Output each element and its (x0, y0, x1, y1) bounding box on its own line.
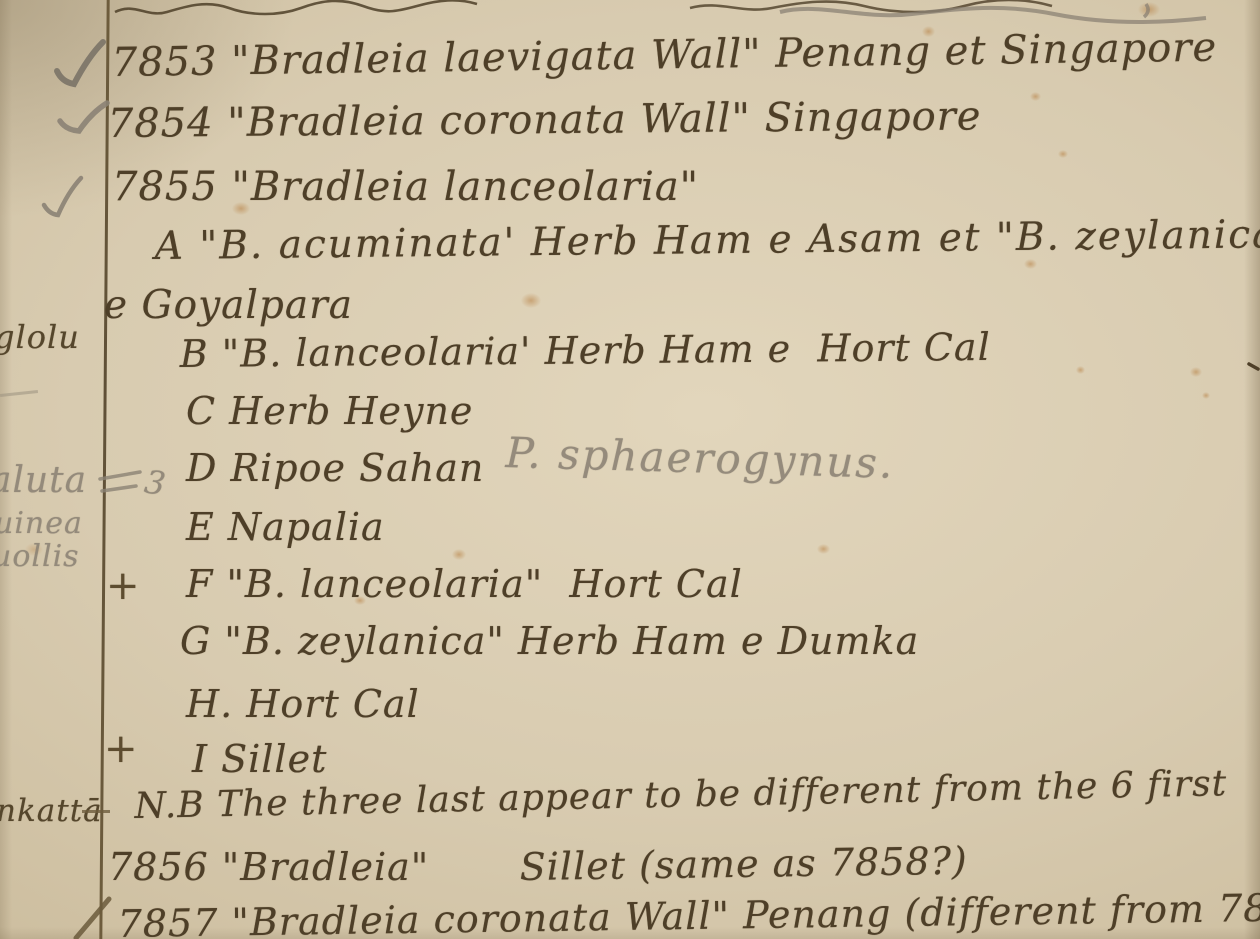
foxing-spot (1024, 259, 1037, 269)
entry-7857-line: 7857 "Bradleia coronata Wall" Penang (di… (117, 885, 1260, 939)
foxing-spot (817, 544, 830, 554)
specimen-g-line: G "B. zeylanica" Herb Ham e Dumka (180, 619, 919, 663)
specimen-e-line: E Napalia (186, 505, 385, 549)
specimen-b-line: B "B. lanceolaria' Herb Ham e Hort Cal (180, 325, 991, 376)
specimen-a-cont-line: e Goyalpara (104, 283, 353, 328)
foxing-spot (1076, 366, 1085, 374)
margin-ink-fragment: glolu (0, 318, 80, 356)
margin-pencil-fragment: uinea (0, 506, 83, 541)
margin-pencil-fragment: uollis (0, 539, 80, 574)
truncated-top-line-ink (690, 0, 1052, 12)
foxing-spot (1058, 150, 1068, 158)
foxing-spot (1030, 92, 1041, 101)
margin-pencil-dash (0, 390, 38, 397)
pencil-equals-mark (100, 472, 140, 491)
specimen-c-line: C Herb Heyne (186, 389, 473, 433)
specimen-a-line: A "B. acuminata' Herb Ham e Asam et "B. … (155, 212, 1260, 269)
foxing-spot (1202, 392, 1210, 399)
checkmark-stroke (76, 899, 109, 938)
entry-7855-line: 7855 "Bradleia lanceolaria" (112, 164, 699, 210)
margin-pencil-number: 3 (142, 462, 169, 503)
truncated-top-line-ink (115, 0, 477, 14)
manuscript-page: { "document": { "kind": "handwritten bot… (0, 0, 1260, 939)
checkmark-icon (44, 178, 81, 215)
specimen-f-line: F "B. lanceolaria" Hort Cal (186, 562, 743, 606)
truncated-top-line-pencil (780, 8, 1206, 22)
foxing-spot (1138, 2, 1160, 17)
foxing-spot (1190, 367, 1202, 377)
pencil-comma-mark (1144, 4, 1148, 17)
entry-7856-line-right: Sillet (same as 7858?) (519, 839, 968, 889)
paper-right-edge (1244, 0, 1260, 939)
foxing-spot (521, 293, 541, 308)
plus-mark: + (104, 726, 139, 772)
margin-ink-dash (82, 810, 110, 813)
specimen-i-line: I Sillet (192, 737, 327, 781)
specimen-d-line: D Ripoe Sahan (186, 446, 484, 490)
entry-7853-line: 7853 "Bradleia laevigata Wall" Penang et… (111, 25, 1217, 86)
ink-tick-mark (1249, 364, 1258, 369)
foxing-spot (452, 549, 466, 560)
checkmark-icon (57, 42, 103, 84)
entry-7854-line: 7854 "Bradleia coronata Wall" Singapore (108, 93, 982, 147)
checkmark-icon (60, 103, 107, 131)
margin-pencil-fragment: aluta (0, 460, 87, 501)
specimen-d-pencil-annotation: P. sphaerogynus. (505, 428, 895, 488)
plus-mark: + (106, 563, 141, 609)
entry-7856-line-left: 7856 "Bradleia" (108, 845, 429, 889)
specimen-h-line: H. Hort Cal (186, 682, 420, 726)
